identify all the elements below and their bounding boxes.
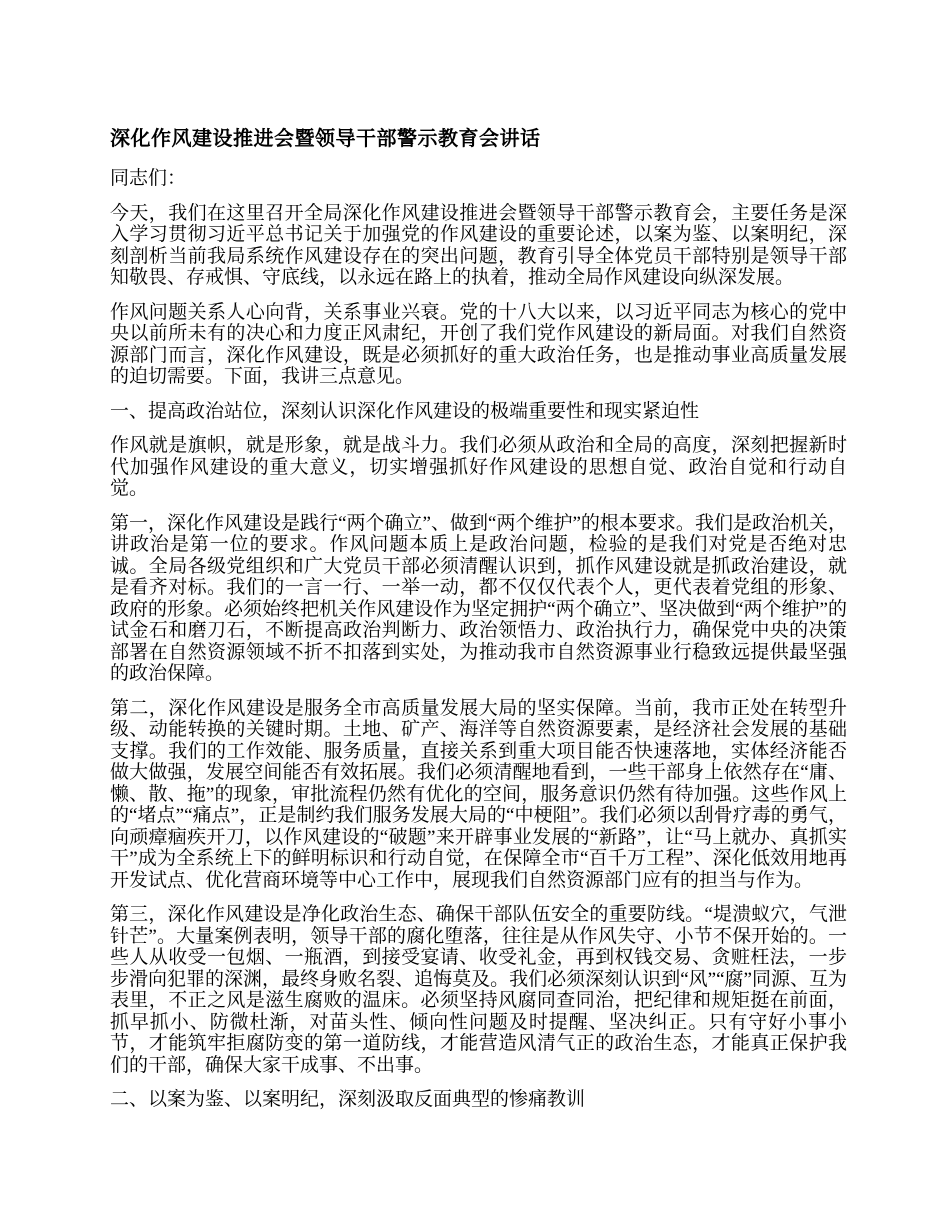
section-1-point-3: 第三，深化作风建设是净化政治生态、确保干部队伍安全的重要防线。“堤溃蚁穴，气泄针… [110,904,847,1076]
paragraph-background: 作风问题关系人心向背，关系事业兴衰。党的十八大以来，以习近平同志为核心的党中央以… [110,302,847,388]
paragraph-intro: 今天，我们在这里召开全局深化作风建设推进会暨领导干部警示教育会，主要任务是深入学… [110,203,847,289]
section-1-point-2: 第二，深化作风建设是服务全市高质量发展大局的坚实保障。当前，我市正处在转型升级、… [110,698,847,892]
section-1-heading: 一、提高政治站位，深刻认识深化作风建设的极端重要性和现实紧迫性 [110,401,847,423]
document-page: 深化作风建设推进会暨领导干部警示教育会讲话 同志们： 今天，我们在这里召开全局深… [0,0,950,1230]
document-title: 深化作风建设推进会暨领导干部警示教育会讲话 [110,127,847,151]
section-1-point-1: 第一，深化作风建设是践行“两个确立”、做到“两个维护”的根本要求。我们是政治机关… [110,513,847,685]
section-2-heading: 二、以案为鉴、以案明纪，深刻汲取反面典型的惨痛教训 [110,1089,847,1111]
salutation: 同志们： [110,168,847,190]
section-1-lead: 作风就是旗帜，就是形象，就是战斗力。我们必须从政治和全局的高度，深刻把握新时代加… [110,435,847,500]
